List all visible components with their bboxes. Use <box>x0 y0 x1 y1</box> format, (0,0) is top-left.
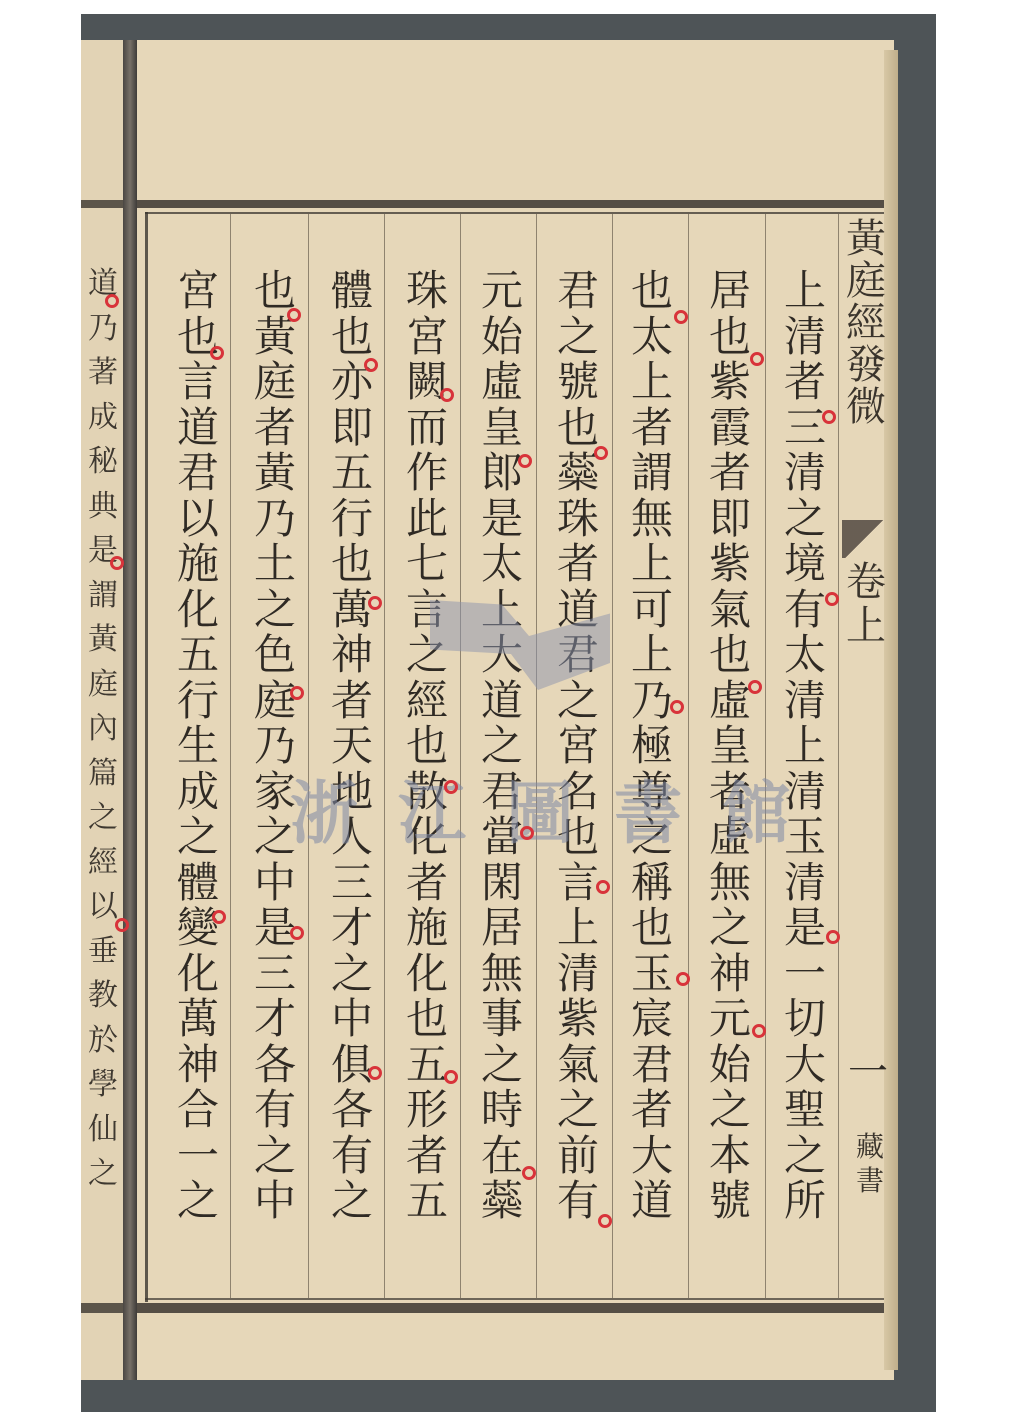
character: 號 <box>557 359 599 405</box>
text-column: 宮也言道君以施化五行生成之體變化萬神合一之 <box>168 268 228 1224</box>
character: 垂 <box>88 930 118 975</box>
character: 神 <box>331 632 373 678</box>
character: 紫 <box>709 359 751 405</box>
character: 之 <box>709 905 751 951</box>
character: 微 <box>846 386 886 428</box>
character: 即 <box>709 496 751 542</box>
character: 虛 <box>709 678 751 724</box>
character: 清 <box>784 314 826 360</box>
character: 有 <box>784 587 826 633</box>
character: 化 <box>177 951 219 997</box>
character: 也 <box>254 268 296 314</box>
character: 者 <box>331 678 373 724</box>
character: 俱 <box>331 1042 373 1088</box>
punctuation-circle-icon <box>290 686 304 700</box>
character: 庭 <box>254 678 296 724</box>
character: 秘 <box>88 440 118 485</box>
character: 五 <box>406 1042 448 1088</box>
text-column: 君之號也蘂珠者道君之宮名也言上清紫氣之前有 <box>548 268 608 1224</box>
character: 之 <box>254 587 296 633</box>
character: 宮 <box>177 268 219 314</box>
character: 之 <box>331 951 373 997</box>
book-title: 黃庭經發微 <box>842 218 890 428</box>
character: 無 <box>631 496 673 542</box>
frame-top-inner-border <box>145 212 884 214</box>
character: 三 <box>784 405 826 451</box>
character: 以 <box>177 496 219 542</box>
character: 之 <box>557 1087 599 1133</box>
character: 也 <box>631 905 673 951</box>
character: 在 <box>481 1133 523 1179</box>
character: 蘂 <box>481 1178 523 1224</box>
punctuation-circle-icon <box>752 1024 766 1038</box>
character: 教 <box>88 974 118 1019</box>
character: 而 <box>406 405 448 451</box>
character: 才 <box>254 996 296 1042</box>
text-column: 元始虛皇郎是太上大道之君當閑居無事之時在蘂 <box>472 268 532 1224</box>
punctuation-circle-icon <box>670 700 684 714</box>
character: 大 <box>784 1042 826 1088</box>
character: 之 <box>177 814 219 860</box>
character: 君 <box>177 450 219 496</box>
column-rule <box>612 214 613 1298</box>
frame-bottom-inner-border <box>145 1298 884 1300</box>
character: 皇 <box>481 405 523 451</box>
punctuation-circle-icon <box>115 918 129 932</box>
character: 體 <box>331 268 373 314</box>
character: 之 <box>784 496 826 542</box>
character: 者 <box>784 359 826 405</box>
character: 三 <box>331 860 373 906</box>
character: 者 <box>406 860 448 906</box>
character: 道 <box>177 405 219 451</box>
character: 清 <box>557 951 599 997</box>
punctuation-circle-icon <box>444 780 458 794</box>
character: 者 <box>631 1087 673 1133</box>
punctuation-circle-icon <box>676 972 690 986</box>
character: 之 <box>254 1133 296 1179</box>
character: 書 <box>856 1164 884 1198</box>
punctuation-circle-icon <box>518 454 532 468</box>
column-rule <box>688 214 689 1298</box>
character: 清 <box>784 678 826 724</box>
character: 卷 <box>846 560 886 604</box>
character: 藏 <box>856 1130 884 1164</box>
character: 道 <box>481 678 523 724</box>
punctuation-circle-icon <box>364 358 378 372</box>
character: 合 <box>177 1087 219 1133</box>
character: 切 <box>784 996 826 1042</box>
character: 宮 <box>406 314 448 360</box>
punctuation-circle-icon <box>598 1214 612 1228</box>
character: 於 <box>88 1019 118 1064</box>
character: 太 <box>631 314 673 360</box>
character: 元 <box>709 996 751 1042</box>
character: 成 <box>88 396 118 441</box>
text-column: 也黃庭者黃乃土之色庭乃家之中是三才各有之中 <box>245 268 305 1224</box>
character: 也 <box>557 405 599 451</box>
character: 也 <box>709 632 751 678</box>
left-page-text-column: 道乃著成秘典是謂黃庭內篇之經以垂教於學仙之 <box>83 262 123 1197</box>
character: 生 <box>177 723 219 769</box>
character: 者 <box>406 1133 448 1179</box>
column-rule <box>536 214 537 1298</box>
fish-tail-mark-icon <box>842 520 886 558</box>
character: 也 <box>331 541 373 587</box>
character: 中 <box>254 1178 296 1224</box>
text-column: 居也紫霞者即紫氣也虛皇者虛無之神元始之本號 <box>700 268 760 1224</box>
character: 玉 <box>631 951 673 997</box>
character: 君 <box>557 268 599 314</box>
character: 所 <box>784 1178 826 1224</box>
character: 黃 <box>88 618 118 663</box>
character: 始 <box>709 1042 751 1088</box>
character: 經 <box>846 302 886 344</box>
character: 閑 <box>481 860 523 906</box>
character: 氣 <box>557 1042 599 1088</box>
punctuation-circle-icon <box>110 556 124 570</box>
character: 號 <box>709 1178 751 1224</box>
punctuation-circle-icon <box>520 826 534 840</box>
character: 言 <box>557 860 599 906</box>
character: 仙 <box>88 1108 118 1153</box>
punctuation-circle-icon <box>105 294 119 308</box>
character: 之 <box>88 1152 118 1197</box>
character: 典 <box>88 485 118 530</box>
punctuation-circle-icon <box>287 308 301 322</box>
character: 有 <box>331 1133 373 1179</box>
character: 黃 <box>846 218 886 260</box>
character: 言 <box>177 359 219 405</box>
character: 神 <box>177 1042 219 1088</box>
character: 體 <box>177 860 219 906</box>
character: 發 <box>846 344 886 386</box>
character: 者 <box>557 541 599 587</box>
punctuation-circle-icon <box>368 1066 382 1080</box>
character: 各 <box>254 1042 296 1088</box>
punctuation-circle-icon <box>826 930 840 944</box>
character: 前 <box>557 1133 599 1179</box>
character: 乃 <box>254 496 296 542</box>
character: 五 <box>331 450 373 496</box>
punctuation-circle-icon <box>674 310 688 324</box>
character: 紫 <box>709 541 751 587</box>
character: 一 <box>177 1133 219 1179</box>
character: 成 <box>177 769 219 815</box>
character: 五 <box>177 632 219 678</box>
frame-bottom-border <box>137 1303 884 1313</box>
character: 形 <box>406 1087 448 1133</box>
frame-left-border <box>145 212 148 1302</box>
character: 上 <box>557 905 599 951</box>
character: 之 <box>557 678 599 724</box>
character: 道 <box>631 1178 673 1224</box>
character: 者 <box>254 405 296 451</box>
column-rule <box>838 214 839 1298</box>
character: 施 <box>406 905 448 951</box>
character: 無 <box>709 860 751 906</box>
character: 庭 <box>88 663 118 708</box>
character: 之 <box>177 1178 219 1224</box>
frame-top-border <box>137 200 884 208</box>
punctuation-circle-icon <box>212 910 226 924</box>
character: 神 <box>709 951 751 997</box>
punctuation-circle-icon <box>594 446 608 460</box>
character: 無 <box>481 951 523 997</box>
text-column: 體也亦即五行也萬神者天地人三才之中俱各有之 <box>322 268 382 1224</box>
character: 上 <box>631 632 673 678</box>
leaf-number: 一 <box>848 1040 888 1097</box>
character: 始 <box>481 314 523 360</box>
character: 謂 <box>88 574 118 619</box>
character: 霞 <box>709 405 751 451</box>
character: 聖 <box>784 1087 826 1133</box>
character: 一 <box>784 951 826 997</box>
character: 之 <box>481 1042 523 1088</box>
character: 萬 <box>331 587 373 633</box>
character: 之 <box>784 1133 826 1179</box>
character: 居 <box>481 905 523 951</box>
character: 可 <box>631 587 673 633</box>
character: 元 <box>481 268 523 314</box>
character: 篇 <box>88 752 118 797</box>
punctuation-circle-icon <box>822 410 836 424</box>
character: 稱 <box>631 860 673 906</box>
character: 也 <box>631 268 673 314</box>
character: 上 <box>784 268 826 314</box>
character: 時 <box>481 1087 523 1133</box>
character: 宸 <box>631 996 673 1042</box>
character: 學 <box>88 1063 118 1108</box>
character: 是 <box>784 905 826 951</box>
column-rule <box>308 214 309 1298</box>
library-watermark: 浙江圖書館 <box>290 760 830 857</box>
left-page-bottom-border <box>81 1303 123 1313</box>
character: 是 <box>481 496 523 542</box>
character: 是 <box>254 905 296 951</box>
column-rule <box>765 214 766 1298</box>
character: 經 <box>88 841 118 886</box>
character: 之 <box>88 796 118 841</box>
character: 萬 <box>177 996 219 1042</box>
character: 上 <box>846 604 886 648</box>
character: 者 <box>709 450 751 496</box>
character: 上 <box>631 359 673 405</box>
character: 謂 <box>631 450 673 496</box>
character: 者 <box>631 405 673 451</box>
punctuation-circle-icon <box>368 596 382 610</box>
character: 經 <box>406 678 448 724</box>
character: 虛 <box>481 359 523 405</box>
character: 此 <box>406 496 448 542</box>
character: 有 <box>557 1178 599 1224</box>
character: 蘂 <box>557 450 599 496</box>
character: 即 <box>331 405 373 451</box>
character: 太 <box>481 541 523 587</box>
character: 中 <box>254 860 296 906</box>
punctuation-circle-icon <box>522 1166 536 1180</box>
punctuation-circle-icon <box>596 880 610 894</box>
character: 大 <box>631 1133 673 1179</box>
character: 庭 <box>846 260 886 302</box>
character: 事 <box>481 996 523 1042</box>
character: 清 <box>784 860 826 906</box>
character: 也 <box>709 314 751 360</box>
punctuation-circle-icon <box>440 388 454 402</box>
character: 之 <box>557 314 599 360</box>
character: 珠 <box>557 496 599 542</box>
punctuation-circle-icon <box>750 352 764 366</box>
character: 境 <box>784 541 826 587</box>
volume-label: 卷上 <box>842 560 890 648</box>
character: 珠 <box>406 268 448 314</box>
left-page-top-border <box>81 200 123 208</box>
character: 五 <box>406 1178 448 1224</box>
character: 行 <box>177 678 219 724</box>
character: 黃 <box>254 450 296 496</box>
punctuation-circle-icon <box>825 592 839 606</box>
character: 之 <box>331 1178 373 1224</box>
character: 太 <box>784 632 826 678</box>
character: 中 <box>331 996 373 1042</box>
character: 庭 <box>254 359 296 405</box>
column-rule <box>230 214 231 1298</box>
character: 行 <box>331 496 373 542</box>
character: 之 <box>709 1087 751 1133</box>
character: 施 <box>177 541 219 587</box>
character: 也 <box>406 996 448 1042</box>
character: 氣 <box>709 587 751 633</box>
character: 色 <box>254 632 296 678</box>
character: 各 <box>331 1087 373 1133</box>
character: 三 <box>254 951 296 997</box>
character: 七 <box>406 541 448 587</box>
character: 也 <box>331 314 373 360</box>
character: 內 <box>88 707 118 752</box>
character: 著 <box>88 351 118 396</box>
character: 有 <box>254 1087 296 1133</box>
character: 本 <box>709 1133 751 1179</box>
character: 以 <box>88 885 118 930</box>
punctuation-circle-icon <box>748 680 762 694</box>
character: 化 <box>406 951 448 997</box>
character: 居 <box>709 268 751 314</box>
book-spine <box>123 40 137 1380</box>
character: 君 <box>631 1042 673 1088</box>
text-column: 也太上者謂無上可上乃極尊之稱也玉宸君者大道 <box>622 268 682 1224</box>
character: 乃 <box>631 678 673 724</box>
collection-mark: 藏書 <box>850 1130 890 1198</box>
character: 清 <box>784 450 826 496</box>
character: 乃 <box>88 307 118 352</box>
punctuation-circle-icon <box>290 926 304 940</box>
character: 土 <box>254 541 296 587</box>
character: 郎 <box>481 450 523 496</box>
punctuation-circle-icon <box>210 346 224 360</box>
column-rule <box>384 214 385 1298</box>
punctuation-circle-icon <box>444 1070 458 1084</box>
character: 化 <box>177 587 219 633</box>
character: 才 <box>331 905 373 951</box>
character: 紫 <box>557 996 599 1042</box>
character: 上 <box>631 541 673 587</box>
column-rule <box>460 214 461 1298</box>
character: 作 <box>406 450 448 496</box>
